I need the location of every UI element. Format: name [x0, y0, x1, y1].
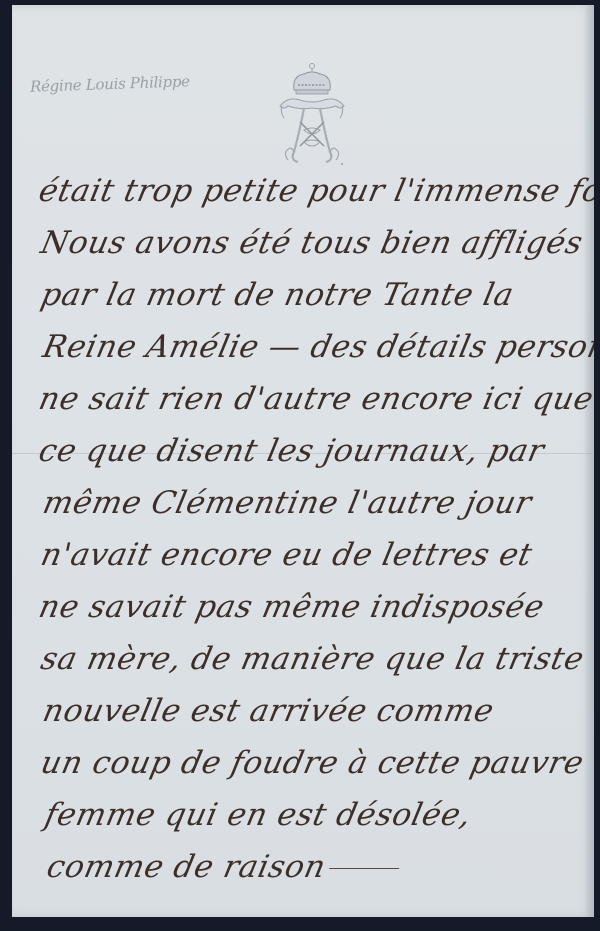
letter-line: même Clémentine l'autre jour [38, 477, 594, 529]
letter-line-final: comme de raison [42, 841, 594, 893]
letter-page: Régine Louis Philippe é [12, 5, 594, 917]
pencil-annotation: Régine Louis Philippe [30, 72, 190, 96]
letter-line: un coup de foudre à cette pauvre [36, 737, 594, 789]
letter-line: par la mort de notre Tante la [36, 269, 594, 321]
crowned-monogram-icon [274, 60, 350, 170]
closing-flourish [329, 868, 399, 869]
letter-line: femme qui en est désolée, [40, 789, 594, 841]
letter-line-text: comme de raison [44, 849, 329, 885]
scan-frame: Régine Louis Philippe é [0, 0, 600, 931]
letter-line: ne sait rien d'autre encore ici que [34, 373, 594, 425]
letter-line: était trop petite pour l'immense foule. [34, 165, 594, 217]
letter-line: Reine Amélie — des détails personne [38, 321, 594, 373]
letter-line: sa mère, de manière que la triste [36, 633, 594, 685]
letter-line: Nous avons été tous bien affligés [36, 217, 594, 269]
letter-text: était trop petite pour l'immense foule. … [26, 165, 586, 893]
letter-line: ce que disent les journaux, par [34, 425, 594, 477]
letter-line: n'avait encore eu de lettres et [36, 529, 594, 581]
letter-line: ne savait pas même indisposée [34, 581, 594, 633]
letter-line: nouvelle est arrivée comme [38, 685, 594, 737]
